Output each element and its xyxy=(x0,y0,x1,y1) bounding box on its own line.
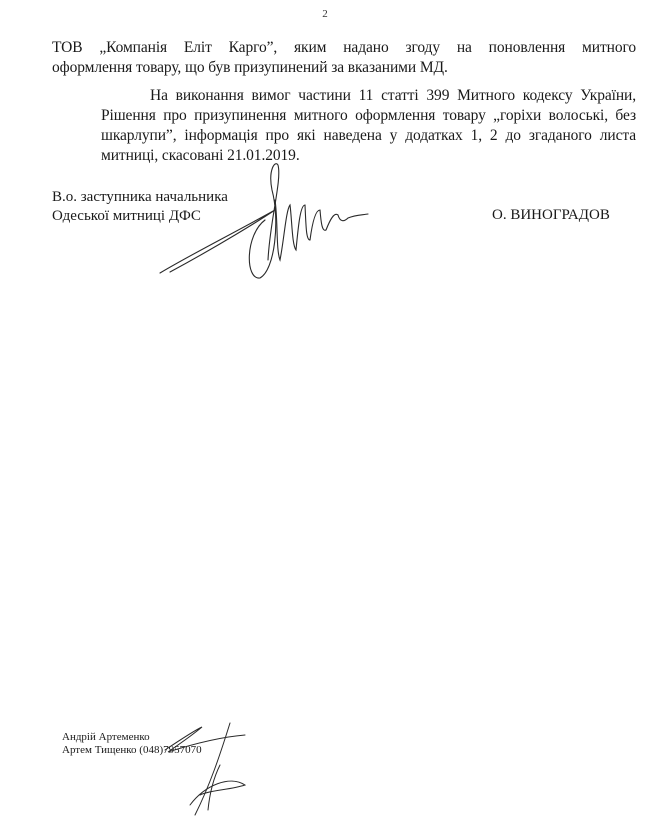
paragraph-line: шкарлупи”, інформація про які наведена у… xyxy=(52,126,636,146)
paragraph-cancellation: На виконання вимог частини 11 статті 399… xyxy=(52,86,636,166)
paragraph-line: На виконання вимог частини 11 статті 399… xyxy=(52,86,636,106)
handwritten-signature-icon xyxy=(150,160,380,290)
page-number: 2 xyxy=(0,8,650,20)
signatory-name: О. ВИНОГРАДОВ xyxy=(492,207,610,224)
paragraph-line: Рішення про призупинення митного оформле… xyxy=(52,106,636,126)
handwritten-initials-icon xyxy=(160,715,260,823)
paragraph-line: ТОВ „Компанія Еліт Карго”, яким надано з… xyxy=(52,38,636,58)
paragraph-company: ТОВ „Компанія Еліт Карго”, яким надано з… xyxy=(52,38,636,78)
paragraph-line: оформлення товару, що був призупинений з… xyxy=(52,58,636,78)
